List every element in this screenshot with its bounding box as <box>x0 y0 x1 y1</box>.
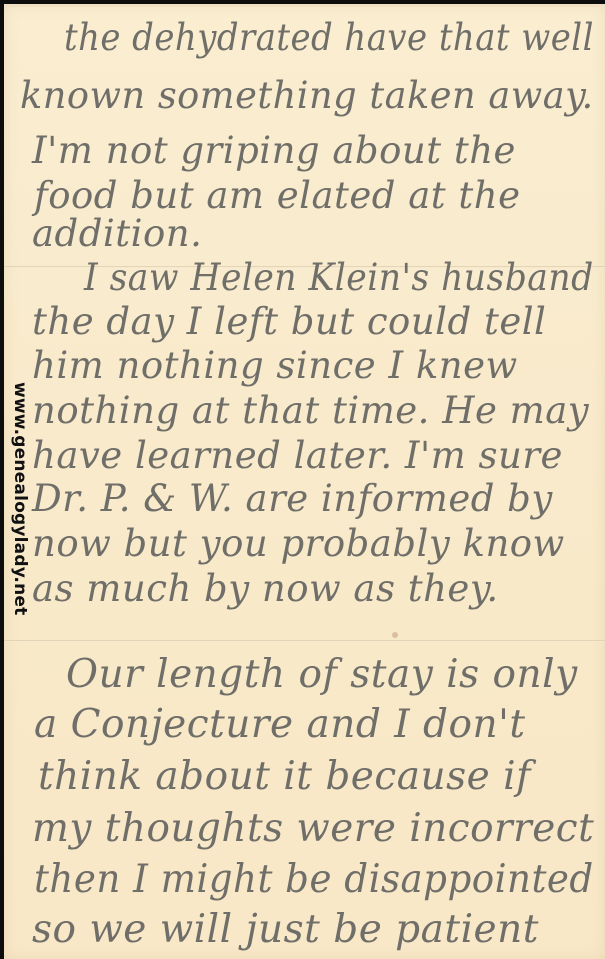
text-line: nothing at that time. He may <box>32 389 589 432</box>
text-line: have learned later. I'm sure <box>32 434 563 477</box>
text-line: now but you probably know <box>32 522 565 565</box>
text-line: known something taken away. <box>20 74 594 117</box>
paper-stain <box>392 632 398 638</box>
text-line: think about it because if <box>38 754 531 799</box>
text-line: food but am elated at the <box>34 174 521 217</box>
letter-page: the dehydrated have that well known some… <box>4 4 605 959</box>
text-line: him nothing since I knew <box>32 344 518 387</box>
watermark: www.genealogylady.net <box>10 382 30 592</box>
text-line: then I might be disappointed <box>34 857 594 902</box>
text-line: so we will just be patient <box>32 907 539 952</box>
text-line: a Conjecture and I don't <box>34 702 526 747</box>
text-line: Dr. P. & W. are informed by <box>32 477 553 520</box>
text-line: I saw Helen Klein's husband <box>84 256 594 299</box>
text-line: my thoughts were incorrect <box>32 806 594 851</box>
text-line: the dehydrated have that well <box>64 16 594 59</box>
text-line: I'm not griping about the <box>32 129 516 172</box>
text-line: Our length of stay is only <box>66 652 578 697</box>
text-line: the day I left but could tell <box>32 300 546 343</box>
text-line: as much by now as they. <box>32 567 499 610</box>
fold-line <box>4 640 605 642</box>
text-line: addition. <box>32 212 202 255</box>
paper-top-edge <box>4 4 605 7</box>
